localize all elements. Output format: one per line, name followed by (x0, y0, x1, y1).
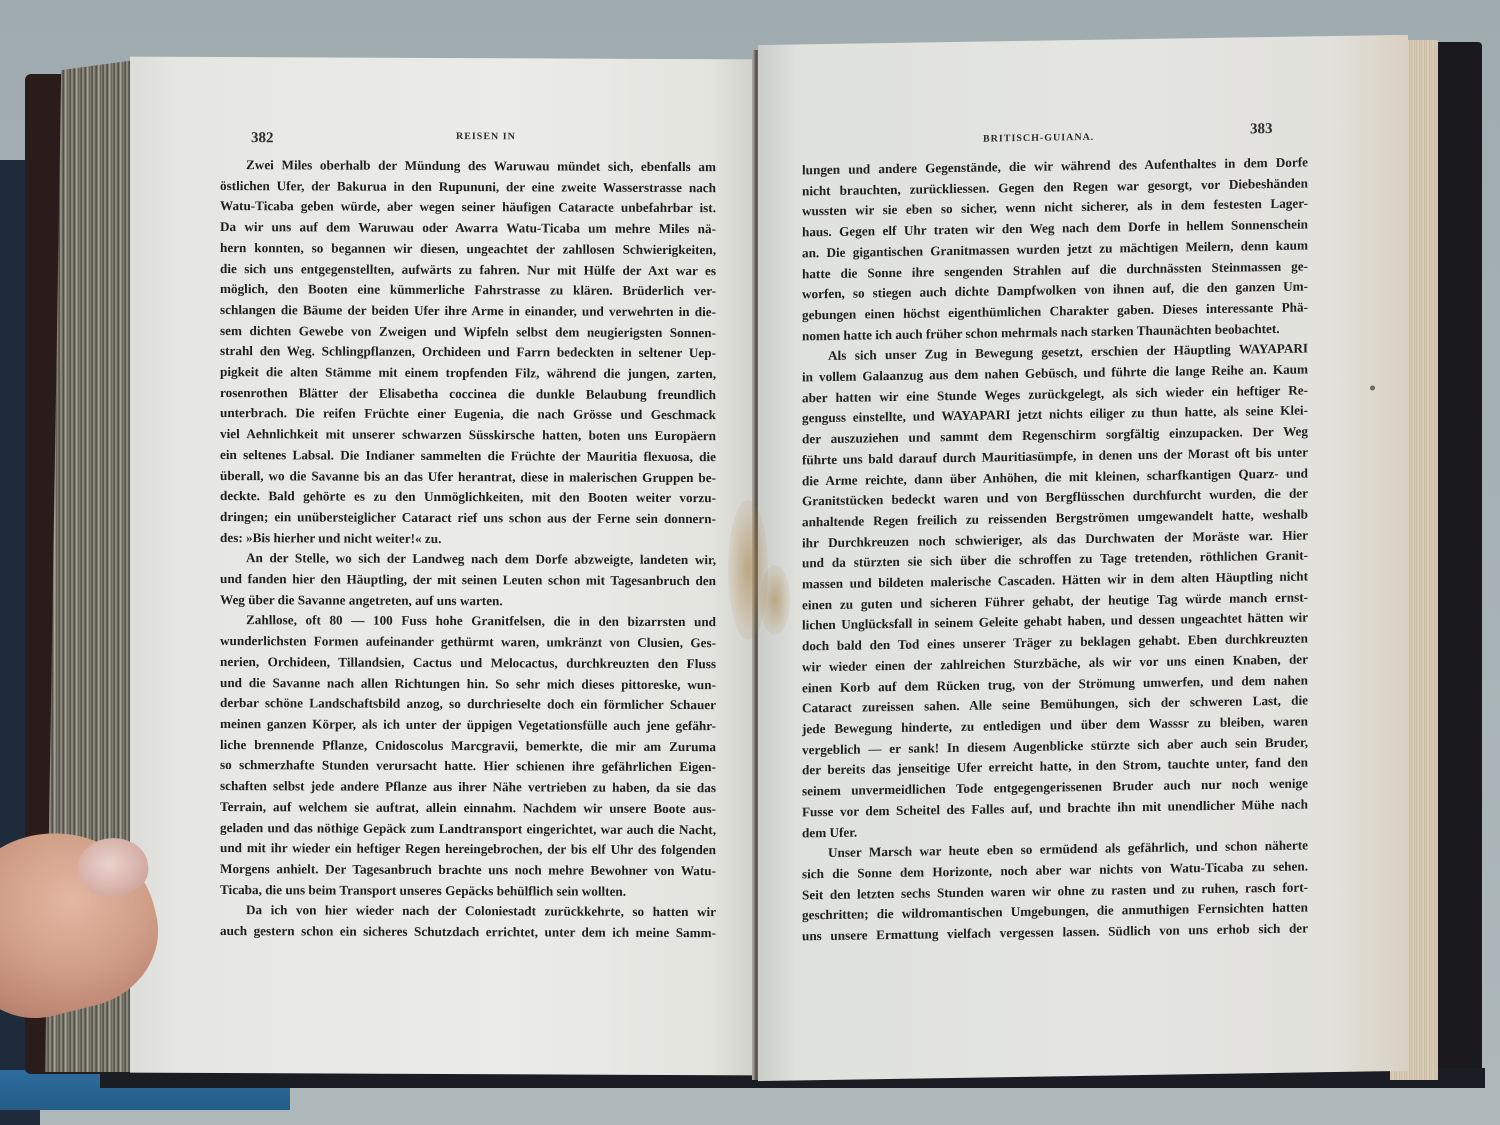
photo-scene: 382 REISEN IN Zwei Miles oberhalb der Mü… (0, 0, 1500, 1125)
text-line: liche brennende Pflanze, Cnidoscolus Mar… (220, 735, 716, 758)
text-line: strahl den Weg. Schlingpflanzen, Orchide… (220, 341, 716, 364)
text-line: meinen ganzen Körper, als ich unter der … (220, 714, 716, 737)
text-line: die sich uns entgegenstellten, aufwärts … (220, 259, 716, 282)
page-number-left: 382 (251, 130, 274, 147)
left-page-text: Zwei Miles oberhalb der Mündung des Waru… (220, 155, 716, 944)
text-line: Da wir uns auf dem Waruwau oder Awarra W… (220, 217, 716, 240)
text-line: An der Stelle, wo sich der Landweg nach … (220, 548, 716, 571)
text-line: derbar schöne Landschaftsbild anzog, so … (220, 693, 716, 716)
left-page: 382 REISEN IN Zwei Miles oberhalb der Mü… (130, 57, 760, 1076)
text-line: überall, wo die Savanne bis an das Ufer … (220, 466, 716, 489)
text-line: geladen und das nöthige Gepäck zum Landt… (220, 818, 716, 841)
text-line: viel Aehnlichkeit mit unserer schwarzen … (220, 424, 716, 447)
text-line: Ticaba, die uns beim Transport unseres G… (220, 880, 716, 903)
text-line: Weg über die Savanne angetreten, auf uns… (220, 590, 716, 613)
text-line: Zwei Miles oberhalb der Mündung des Waru… (220, 155, 716, 178)
text-line: ein seltenes Labsal. Die Indianer sammel… (220, 445, 716, 468)
text-line: pigkeit die alten Stämme mit einem tropf… (220, 362, 716, 385)
running-head-right: BRITISCH-GUIANA. (983, 132, 1094, 145)
text-line: und die Savanne nach allen Richtungen hi… (220, 673, 716, 696)
right-page-text: lungen und andere Gegenstände, die wir w… (802, 152, 1308, 947)
text-line: und mit ihr wieder ein heftiger Regen he… (220, 838, 716, 861)
text-line: Morgens anhielt. Der Tagesanbruch bracht… (220, 859, 716, 882)
text-line: deckte. Bald gehörte es zu den Unmöglich… (220, 486, 716, 509)
text-line: nerien, Orchideen, Tillandsien, Cactus u… (220, 652, 716, 675)
text-line: Da ich von hier wieder nach der Colonies… (220, 900, 716, 923)
text-line: unterbrach. Die reifen Früchte einer Eug… (220, 403, 716, 426)
right-page: BRITISCH-GUIANA. 383 lungen und andere G… (758, 35, 1408, 1081)
text-line: östlichen Ufer, der Bakurua in den Rupun… (220, 176, 716, 199)
text-line: und fanden hier den Häuptling, der mit s… (220, 569, 716, 592)
text-line: so schmerzhafte Stunden verursacht hatte… (220, 755, 716, 778)
text-line: wunderlichsten Formen aufeinander gethür… (220, 631, 716, 654)
text-line: Terrain, auf welchem sie auftrat, allein… (220, 797, 716, 820)
text-line: auch gestern schon ein sicheres Schutzda… (220, 921, 716, 944)
text-line: sem dichten Gewebe von Zweigen und Wipfe… (220, 321, 716, 344)
paper-speck (1370, 385, 1375, 390)
text-line: dringen; ein unübersteiglicher Cataract … (220, 507, 716, 530)
page-number-right: 383 (1250, 121, 1273, 138)
text-line: schlangen die Bäume der beiden Ufer ihre… (220, 300, 716, 323)
running-head-left: REISEN IN (456, 131, 516, 142)
text-line: hern konnten, so begannen wir diesen, un… (220, 238, 716, 261)
text-line: des: »Bis hierher und nicht weiter!« zu. (220, 528, 716, 551)
text-line: rosenrothen Blätter der Elisabetha cocci… (220, 383, 716, 406)
text-line: möglich, den Booten eine kümmerliche Fah… (220, 279, 716, 302)
text-line: schaften selbst jede andere Pflanze aus … (220, 776, 716, 799)
text-line: Watu-Ticaba geben würde, aber wegen sein… (220, 196, 716, 219)
water-stain (760, 565, 790, 635)
text-line: Zahllose, oft 80 — 100 Fuss hohe Granitf… (220, 610, 716, 633)
